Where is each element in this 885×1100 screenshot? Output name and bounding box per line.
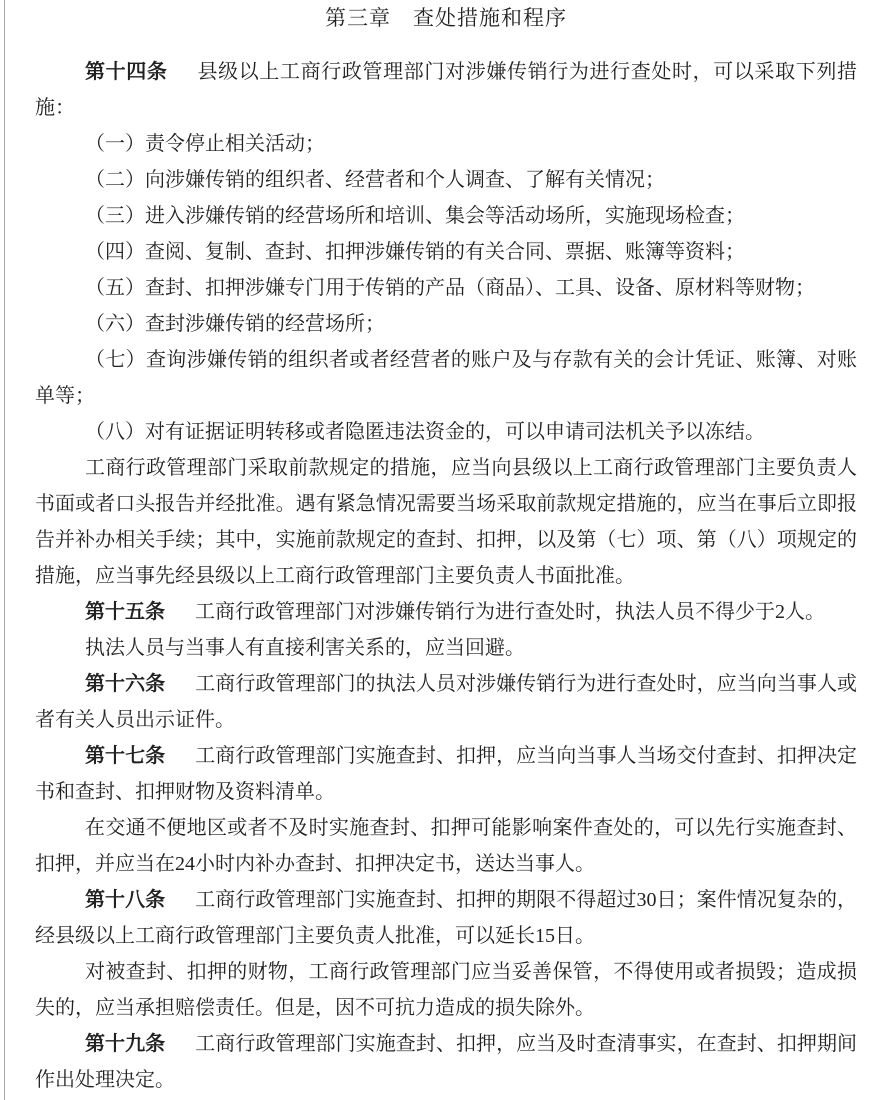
paragraph-text: 在交通不便地区或者不及时实施查封、扣押可能影响案件查处的，可以先行实施查封、扣押… bbox=[35, 817, 857, 875]
paragraph-text: 工商行政管理部门采取前款规定的措施，应当向县级以上工商行政管理部门主要负责人书面… bbox=[35, 457, 857, 587]
chapter-title: 第三章 查处措施和程序 bbox=[35, 0, 857, 36]
paragraph: 在交通不便地区或者不及时实施查封、扣押可能影响案件查处的，可以先行实施查封、扣押… bbox=[35, 810, 857, 882]
paragraph: 工商行政管理部门采取前款规定的措施，应当向县级以上工商行政管理部门主要负责人书面… bbox=[35, 450, 857, 594]
paragraph-text: 对被查封、扣押的财物，工商行政管理部门应当妥善保管，不得使用或者损毁；造成损失的… bbox=[35, 961, 857, 1019]
paragraph-text: （二）向涉嫌传销的组织者、经营者和个人调查、了解有关情况； bbox=[85, 169, 665, 191]
paragraph-text: （六）查封涉嫌传销的经营场所； bbox=[85, 313, 385, 335]
article-number: 第十五条 bbox=[85, 601, 165, 623]
document-content: 第三章 查处措施和程序 第十四条县级以上工商行政管理部门对涉嫌传销行为进行查处时… bbox=[0, 0, 885, 1098]
article-number: 第十八条 bbox=[85, 889, 165, 911]
paragraph: 对被查封、扣押的财物，工商行政管理部门应当妥善保管，不得使用或者损毁；造成损失的… bbox=[35, 954, 857, 1026]
paragraph-text: 工商行政管理部门对涉嫌传销行为进行查处时，执法人员不得少于2人。 bbox=[195, 601, 825, 623]
article-number: 第十九条 bbox=[85, 1033, 165, 1055]
paragraph-text: 执法人员与当事人有直接利害关系的，应当回避。 bbox=[85, 637, 525, 659]
paragraph: 第十四条县级以上工商行政管理部门对涉嫌传销行为进行查处时，可以采取下列措施： bbox=[35, 54, 857, 126]
paragraph: （三）进入涉嫌传销的经营场所和培训、集会等活动场所，实施现场检查； bbox=[35, 198, 857, 234]
paragraph-text: （三）进入涉嫌传销的经营场所和培训、集会等活动场所，实施现场检查； bbox=[85, 205, 745, 227]
paragraph-text: （七）查询涉嫌传销的组织者或者经营者的账户及与存款有关的会计凭证、账簿、对账单等… bbox=[35, 349, 857, 407]
paragraph: （八）对有证据证明转移或者隐匿违法资金的，可以申请司法机关予以冻结。 bbox=[35, 414, 857, 450]
article-number: 第十六条 bbox=[85, 673, 165, 695]
paragraph: （七）查询涉嫌传销的组织者或者经营者的账户及与存款有关的会计凭证、账簿、对账单等… bbox=[35, 342, 857, 414]
paragraph: （五）查封、扣押涉嫌专门用于传销的产品（商品）、工具、设备、原材料等财物； bbox=[35, 270, 857, 306]
paragraph-text: （一）责令停止相关活动； bbox=[85, 133, 325, 155]
paragraph: （一）责令停止相关活动； bbox=[35, 126, 857, 162]
paragraph: （二）向涉嫌传销的组织者、经营者和个人调查、了解有关情况； bbox=[35, 162, 857, 198]
paragraph: （六）查封涉嫌传销的经营场所； bbox=[35, 306, 857, 342]
paragraph: 第十七条工商行政管理部门实施查封、扣押，应当向当事人当场交付查封、扣押决定书和查… bbox=[35, 738, 857, 810]
document-page: 第三章 查处措施和程序 第十四条县级以上工商行政管理部门对涉嫌传销行为进行查处时… bbox=[0, 0, 885, 1100]
paragraph: （四）查阅、复制、查封、扣押涉嫌传销的有关合同、票据、账簿等资料； bbox=[35, 234, 857, 270]
paragraph: 第十五条工商行政管理部门对涉嫌传销行为进行查处时，执法人员不得少于2人。 bbox=[35, 594, 857, 630]
article-number: 第十四条 bbox=[85, 61, 168, 83]
article-number: 第十七条 bbox=[85, 745, 165, 767]
paragraph-text: （五）查封、扣押涉嫌专门用于传销的产品（商品）、工具、设备、原材料等财物； bbox=[85, 277, 815, 299]
paragraph-list: 第十四条县级以上工商行政管理部门对涉嫌传销行为进行查处时，可以采取下列措施： （… bbox=[35, 54, 857, 1098]
paragraph: 执法人员与当事人有直接利害关系的，应当回避。 bbox=[35, 630, 857, 666]
paragraph: 第十九条工商行政管理部门实施查封、扣押，应当及时查清事实，在查封、扣押期间作出处… bbox=[35, 1026, 857, 1098]
paragraph: 第十六条工商行政管理部门的执法人员对涉嫌传销行为进行查处时，应当向当事人或者有关… bbox=[35, 666, 857, 738]
paragraph: 第十八条工商行政管理部门实施查封、扣押的期限不得超过30日；案件情况复杂的，经县… bbox=[35, 882, 857, 954]
paragraph-text: （八）对有证据证明转移或者隐匿违法资金的，可以申请司法机关予以冻结。 bbox=[85, 421, 765, 443]
paragraph-text: （四）查阅、复制、查封、扣押涉嫌传销的有关合同、票据、账簿等资料； bbox=[85, 241, 745, 263]
